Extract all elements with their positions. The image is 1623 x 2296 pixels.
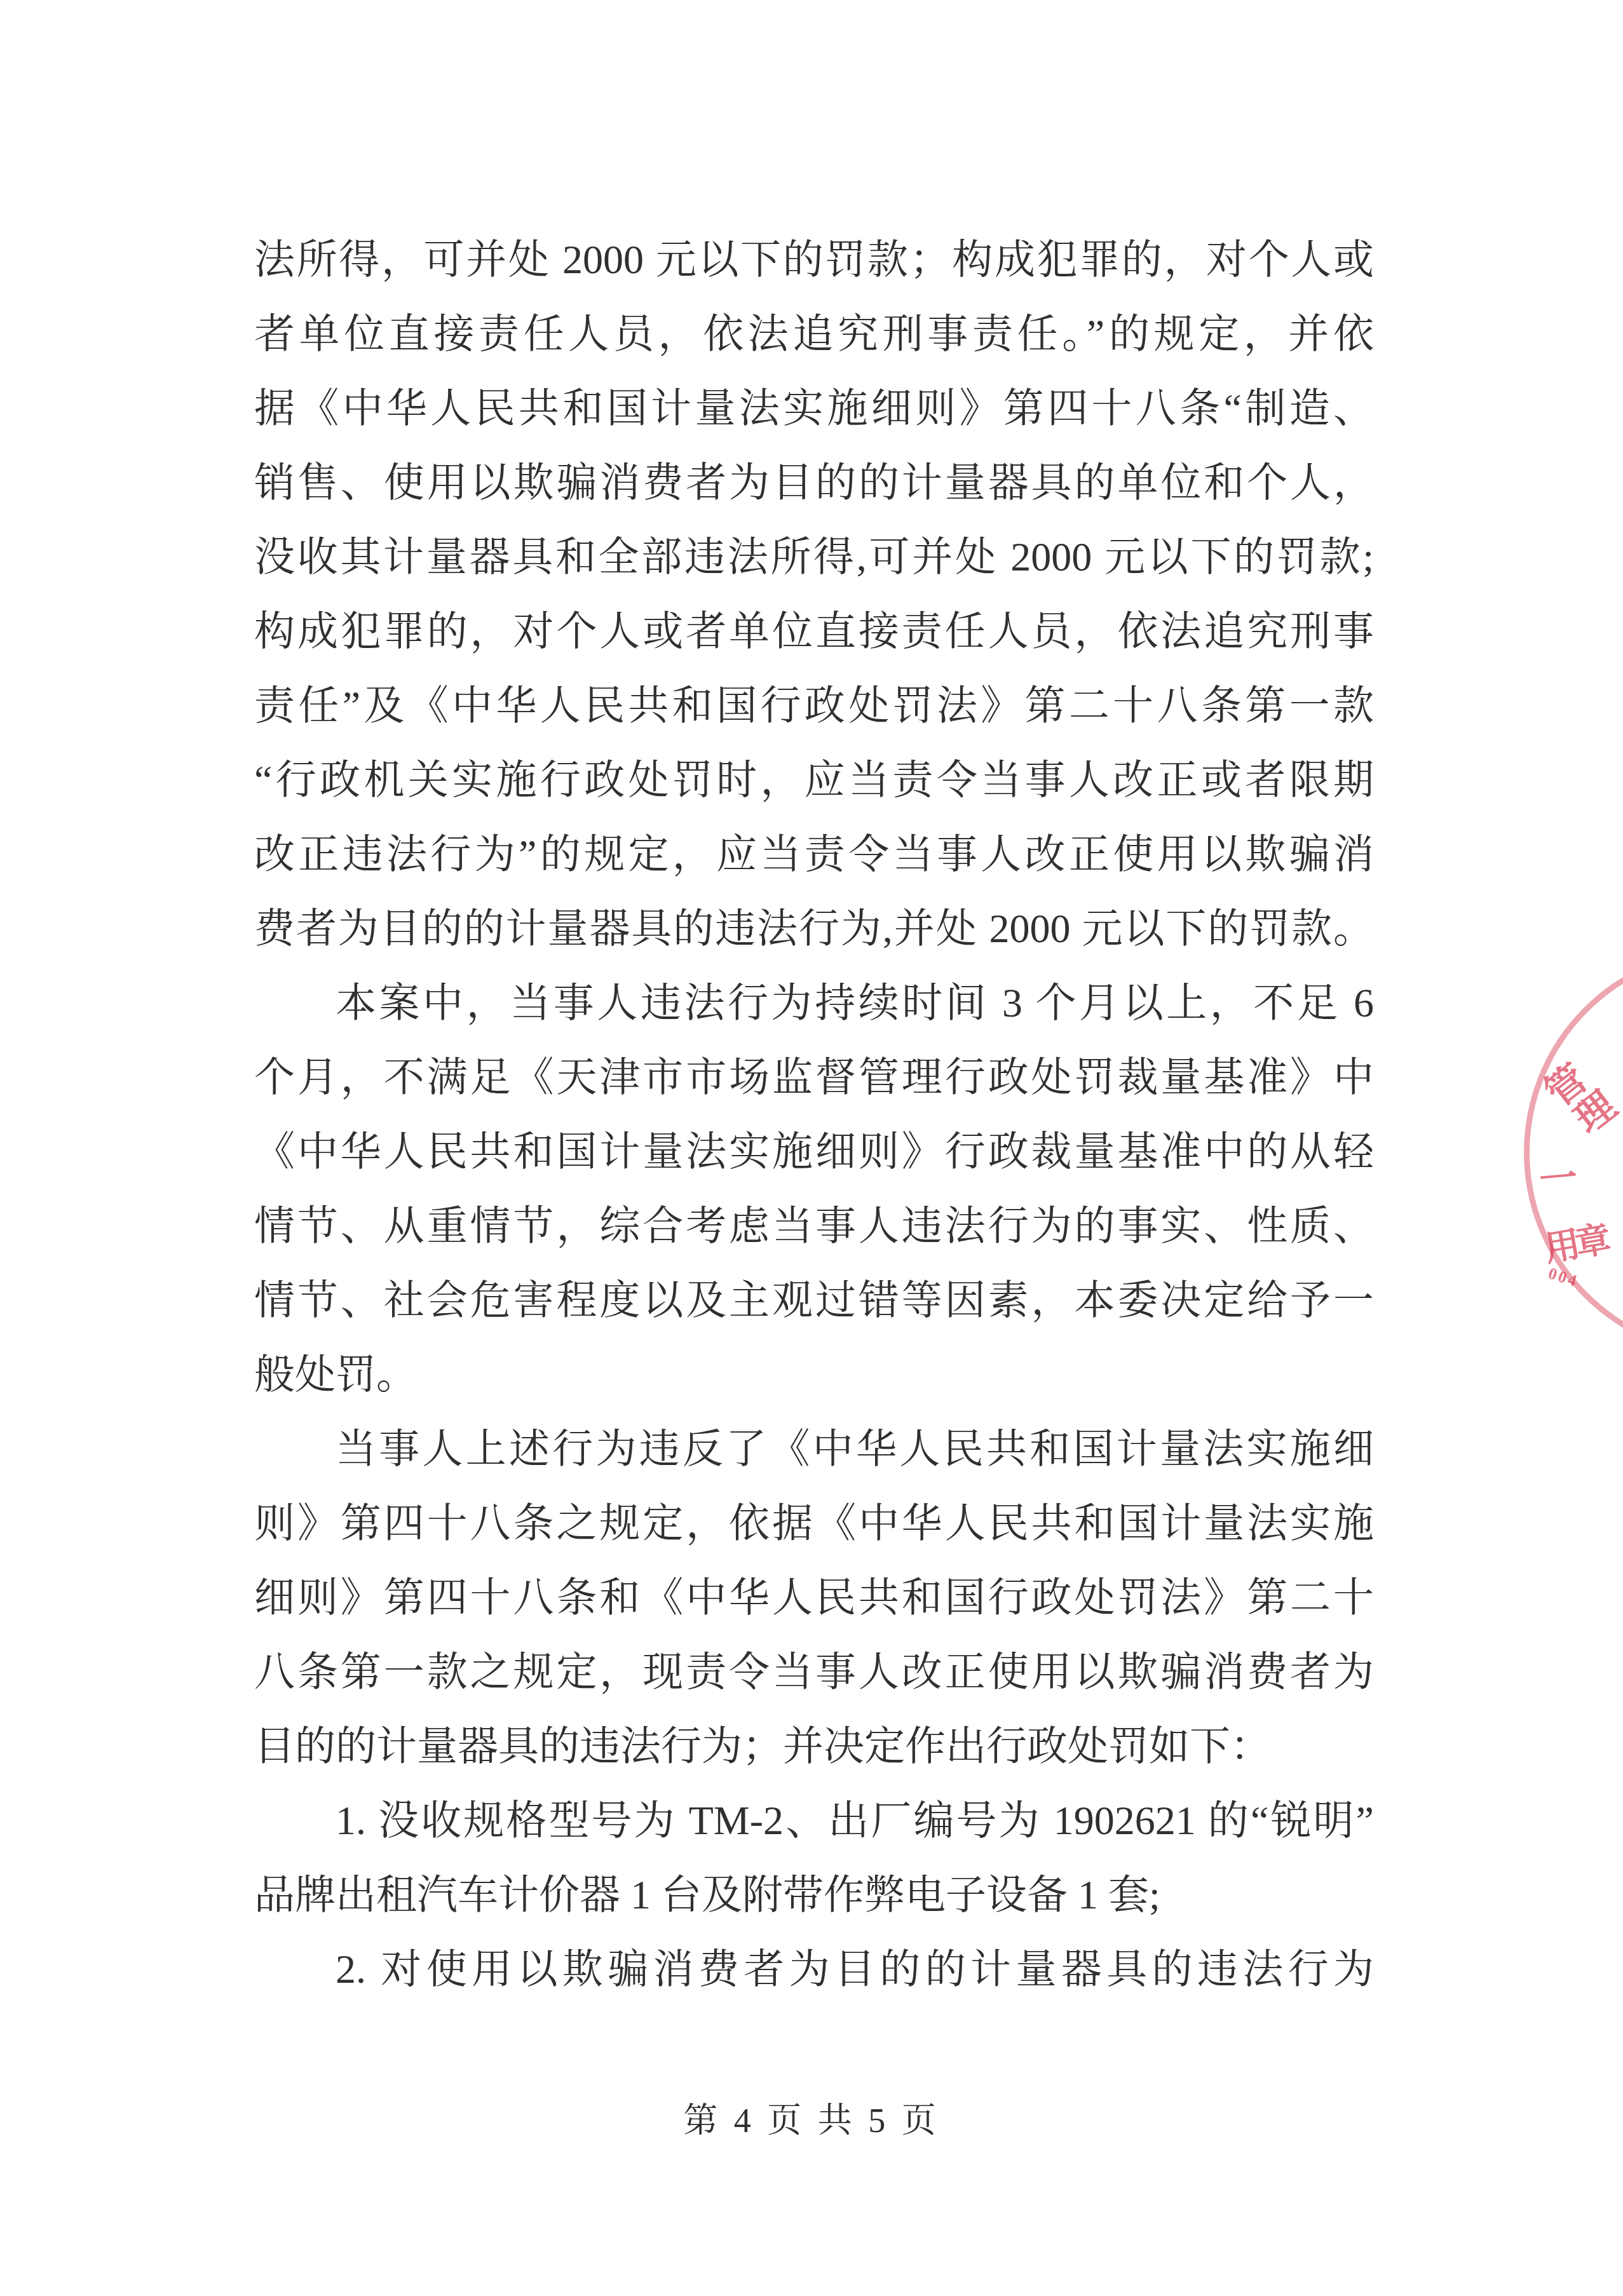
text-line: 改正违法行为”的规定，应当责令当事人改正使用以欺骗消 [254, 817, 1374, 891]
text-line: 个月，不满足《天津市市场监督管理行政处罚裁量基准》中 [254, 1040, 1374, 1114]
text-line-list-item-1: 1. 没收规格型号为 TM-2、出厂编号为 1902621 的“锐明” [254, 1783, 1374, 1858]
text-line: 情节、社会危害程度以及主观过错等因素，本委决定给予一 [254, 1263, 1374, 1337]
text-line: 《中华人民共和国计量法实施细则》行政裁量基准中的从轻 [254, 1114, 1374, 1189]
text-line: 费者为目的的计量器具的违法行为,并处 2000 元以下的罚款。 [254, 891, 1374, 966]
text-line: 构成犯罪的，对个人或者单位直接责任人员，依法追究刑事 [254, 594, 1374, 668]
text-line-paragraph-end: 品牌出租汽车计价器 1 台及附带作弊电子设备 1 套; [254, 1858, 1374, 1932]
text-line: 责任”及《中华人民共和国行政处罚法》第二十八条第一款 [254, 668, 1374, 743]
text-line: 细则》第四十八条和《中华人民共和国行政处罚法》第二十 [254, 1560, 1374, 1635]
page-number-footer: 第 4 页 共 5 页 [0, 2095, 1623, 2146]
text-line: 法所得，可并处 2000 元以下的罚款；构成犯罪的，对个人或 [254, 222, 1374, 297]
text-line: 八条第一款之规定，现责令当事人改正使用以欺骗消费者为 [254, 1635, 1374, 1709]
document-page: 法所得，可并处 2000 元以下的罚款；构成犯罪的，对个人或 者单位直接责任人员… [0, 0, 1623, 2296]
text-line: 销售、使用以欺骗消费者为目的的计量器具的单位和个人， [254, 445, 1374, 520]
text-line-paragraph-end: 目的的计量器具的违法行为；并决定作出行政处罚如下： [254, 1709, 1374, 1783]
text-line: “行政机关实施行政处罚时，应当责令当事人改正或者限期 [254, 743, 1374, 817]
text-line: 则》第四十八条之规定，依据《中华人民共和国计量法实施 [254, 1486, 1374, 1560]
text-line: 没收其计量器具和全部违法所得,可并处 2000 元以下的罚款; [254, 520, 1374, 594]
text-line: 者单位直接责任人员，依法追究刑事责任。”的规定，并依 [254, 297, 1374, 371]
text-line: 情节、从重情节，综合考虑当事人违法行为的事实、性质、 [254, 1189, 1374, 1263]
text-line-paragraph-end: 般处罚。 [254, 1337, 1374, 1412]
text-line-paragraph-start: 本案中，当事人违法行为持续时间 3 个月以上，不足 6 [254, 966, 1374, 1040]
official-seal-stamp-character: 一 [1537, 1147, 1579, 1205]
text-line: 据《中华人民共和国计量法实施细则》第四十八条“制造、 [254, 371, 1374, 445]
body-text: 法所得，可并处 2000 元以下的罚款；构成犯罪的，对个人或 者单位直接责任人员… [254, 222, 1374, 2006]
text-line-paragraph-start: 当事人上述行为违反了《中华人民共和国计量法实施细 [254, 1412, 1374, 1486]
text-line-list-item-2: 2. 对使用以欺骗消费者为目的的计量器具的违法行为 [254, 1932, 1374, 2006]
